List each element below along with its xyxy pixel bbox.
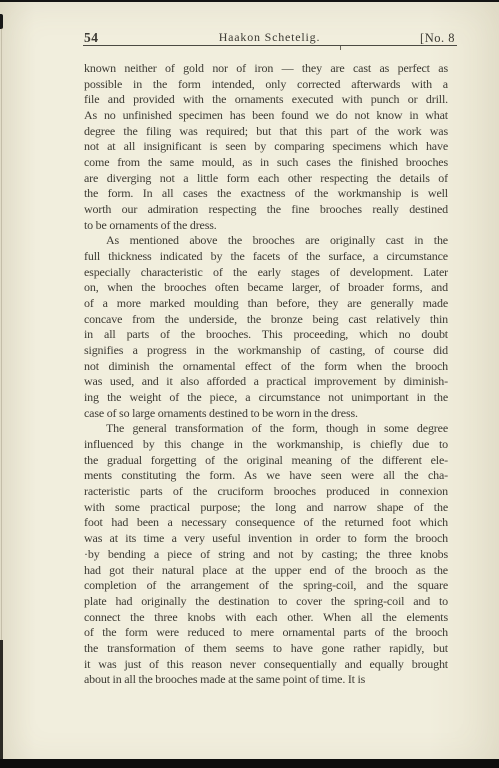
text-line: file and provided with the ornaments exe… [84,92,448,108]
text-line: concave from the underside, the bronze b… [84,312,448,328]
text-line: are diverging not a little form each oth… [84,171,448,187]
header-rule-tick [340,46,341,50]
text-line: worth our admiration respecting the fine… [84,202,448,218]
text-line: of the form were reduced to mere ornamen… [84,625,448,641]
text-line: The general transformation of the form, … [84,421,448,437]
text-line: As no unfinished specimen has been found… [84,108,448,124]
text-line: it was just of this reason never consequ… [84,657,448,673]
text-line: come from the same mould, as in such cas… [84,155,448,171]
page-body: known neither of gold nor of iron — they… [84,61,448,688]
page-edge-left-line [0,640,3,762]
text-line: in all parts of the brooches. This proce… [84,327,448,343]
text-line: not diminish the ornamental effect of th… [84,359,448,375]
text-line: had got their natural place at the upper… [84,563,448,579]
page-edge-bottom [0,759,499,768]
text-line: influenced by this change in the workman… [84,437,448,453]
text-line: signifies a progress in the workmanship … [84,343,448,359]
header-rule [83,45,457,46]
text-line: ·by bending a piece of string and not by… [84,547,448,563]
text-line: especially characteristic of the early s… [84,265,448,281]
running-title: Haakon Schetelig. [84,30,455,45]
text-line: possible in the form intended, only corr… [84,77,448,93]
text-line: on, when the brooches often became large… [84,280,448,296]
text-line: not at all insignificant is seen by comp… [84,139,448,155]
text-line: As mentioned above the brooches are orig… [84,233,448,249]
text-line: case of so large ornaments destined to b… [84,406,448,422]
text-line: ing the weight of the piece, a circumsta… [84,390,448,406]
page-header: 54 Haakon Schetelig. [No. 8 [84,30,455,46]
text-line: plate had originally the destination to … [84,594,448,610]
text-line: connect the three knobs with each other.… [84,610,448,626]
text-line: known neither of gold nor of iron — they… [84,61,448,77]
text-line: full thickness indicated by the facets o… [84,249,448,265]
text-line: degree the filing was required; but that… [84,124,448,140]
text-line: ments constituting the form. As we have … [84,468,448,484]
text-line: completion of the arrangement of the spr… [84,578,448,594]
page-edge-top [0,0,499,2]
text-line: to be ornaments of the dress. [84,218,448,234]
text-line: the gradual forgetting of the original m… [84,453,448,469]
text-line: with some practical purpose; the long an… [84,500,448,516]
text-line: was used, and it also afforded a practic… [84,374,448,390]
page-edge-left-mark [0,14,3,29]
text-line: the form. In all cases the exactness of … [84,186,448,202]
text-line: of a more marked moulding than before, t… [84,296,448,312]
text-line: was at its time a very useful invention … [84,531,448,547]
text-line: about in all the brooches made at the sa… [84,672,448,688]
page-edge-left-shadow [1,28,2,648]
book-page: 54 Haakon Schetelig. [No. 8 known neithe… [0,0,499,768]
text-line: the transformation of them seems to have… [84,641,448,657]
text-line: racteristic parts of the cruciform brooc… [84,484,448,500]
text-line: foot had been a necessary consequence of… [84,515,448,531]
